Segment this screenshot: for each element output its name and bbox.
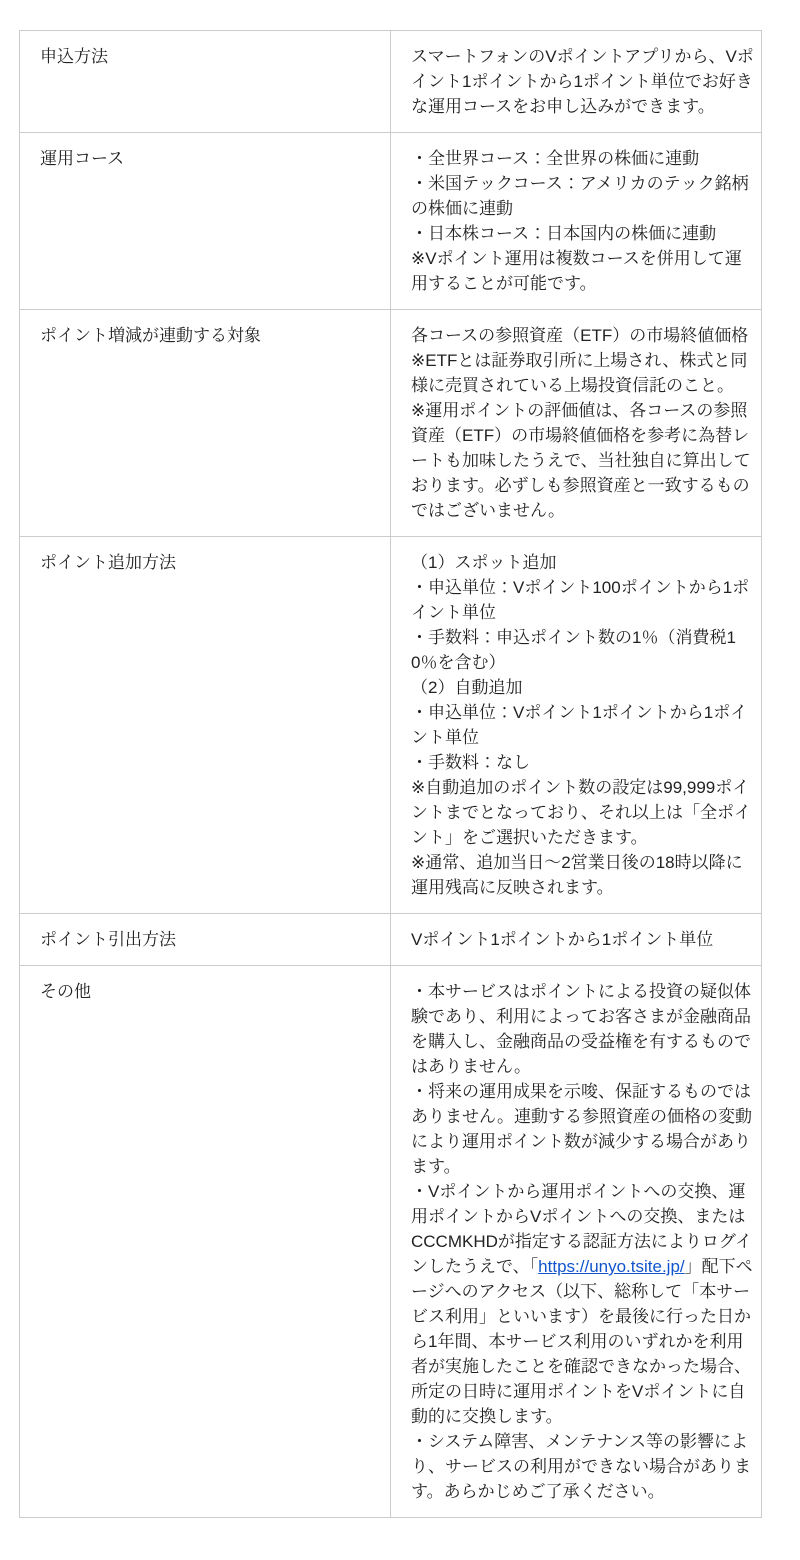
text-segment: ※運用ポイントの評価値は、各コースの参照資産（ETF）の市場終値価格を参考に為替…	[411, 401, 751, 520]
row-content: 各コースの参照資産（ETF）の市場終値価格※ETFとは証券取引所に上場され、株式…	[391, 310, 762, 537]
content-paragraph: ・手数料：申込ポイント数の1％（消費税10％を含む）	[411, 625, 755, 675]
text-segment: Vポイント1ポイントから1ポイント単位	[411, 930, 713, 949]
content-paragraph: スマートフォンのVポイントアプリから、Vポイント1ポイントから1ポイント単位でお…	[411, 44, 755, 119]
row-content: ・本サービスはポイントによる投資の疑似体験であり、利用によってお客さまが金融商品…	[391, 966, 762, 1518]
content-paragraph: ・申込単位：Vポイント1ポイントから1ポイント単位	[411, 700, 755, 750]
table-row: その他・本サービスはポイントによる投資の疑似体験であり、利用によってお客さまが金…	[20, 966, 762, 1518]
row-content: スマートフォンのVポイントアプリから、Vポイント1ポイントから1ポイント単位でお…	[391, 31, 762, 133]
text-segment: ・全世界コース：全世界の株価に連動	[411, 149, 699, 168]
content-paragraph: ※ETFとは証券取引所に上場され、株式と同様に売買されている上場投資信託のこと。	[411, 348, 755, 398]
row-label: ポイント増減が連動する対象	[20, 310, 391, 537]
content-paragraph: ・手数料：なし	[411, 750, 755, 775]
row-label: その他	[20, 966, 391, 1518]
content-paragraph: （1）スポット追加	[411, 550, 755, 575]
content-paragraph: ・本サービスはポイントによる投資の疑似体験であり、利用によってお客さまが金融商品…	[411, 979, 755, 1079]
row-content: ・全世界コース：全世界の株価に連動・米国テックコース：アメリカのテック銘柄の株価…	[391, 133, 762, 310]
content-paragraph: ※通常、追加当日～2営業日後の18時以降に運用残高に反映されます。	[411, 850, 755, 900]
row-label: 運用コース	[20, 133, 391, 310]
text-segment: 」配下ページへのアクセス（以下、総称して「本サービス利用」といいます）を最後に行…	[411, 1257, 753, 1426]
text-segment: ・将来の運用成果を示唆、保証するものではありません。連動する参照資産の価格の変動…	[411, 1082, 752, 1176]
table-row: ポイント増減が連動する対象各コースの参照資産（ETF）の市場終値価格※ETFとは…	[20, 310, 762, 537]
text-segment: ・申込単位：Vポイント100ポイントから1ポイント単位	[411, 578, 749, 622]
content-paragraph: ・申込単位：Vポイント100ポイントから1ポイント単位	[411, 575, 755, 625]
content-paragraph: ※運用ポイントの評価値は、各コースの参照資産（ETF）の市場終値価格を参考に為替…	[411, 398, 755, 523]
table-row: ポイント引出方法Vポイント1ポイントから1ポイント単位	[20, 914, 762, 966]
content-paragraph: ・日本株コース：日本国内の株価に連動	[411, 221, 755, 246]
content-paragraph: ・将来の運用成果を示唆、保証するものではありません。連動する参照資産の価格の変動…	[411, 1079, 755, 1179]
text-segment: ・米国テックコース：アメリカのテック銘柄の株価に連動	[411, 174, 749, 218]
table-row: 運用コース・全世界コース：全世界の株価に連動・米国テックコース：アメリカのテック…	[20, 133, 762, 310]
service-terms-section: 申込方法スマートフォンのVポイントアプリから、Vポイント1ポイントから1ポイント…	[0, 0, 800, 1518]
text-segment: ・申込単位：Vポイント1ポイントから1ポイント単位	[411, 703, 747, 747]
text-segment: ※ETFとは証券取引所に上場され、株式と同様に売買されている上場投資信託のこと。	[411, 351, 747, 395]
text-segment: 各コースの参照資産（ETF）の市場終値価格	[411, 326, 748, 345]
text-segment: ・本サービスはポイントによる投資の疑似体験であり、利用によってお客さまが金融商品…	[411, 982, 751, 1076]
text-segment: （2）自動追加	[411, 678, 522, 697]
content-paragraph: ※Vポイント運用は複数コースを併用して運用することが可能です。	[411, 246, 755, 296]
text-segment: （1）スポット追加	[411, 553, 556, 572]
table-body: 申込方法スマートフォンのVポイントアプリから、Vポイント1ポイントから1ポイント…	[20, 31, 762, 1518]
content-paragraph: ※自動追加のポイント数の設定は99,999ポイントまでとなっており、それ以上は「…	[411, 775, 755, 850]
content-paragraph: ・Vポイントから運用ポイントへの交換、運用ポイントからVポイントへの交換、または…	[411, 1179, 755, 1429]
row-label: ポイント追加方法	[20, 537, 391, 914]
content-paragraph: ・米国テックコース：アメリカのテック銘柄の株価に連動	[411, 171, 755, 221]
content-paragraph: ・システム障害、メンテナンス等の影響により、サービスの利用ができない場合がありま…	[411, 1429, 755, 1504]
row-content: Vポイント1ポイントから1ポイント単位	[391, 914, 762, 966]
text-segment: ※自動追加のポイント数の設定は99,999ポイントまでとなっており、それ以上は「…	[411, 778, 751, 847]
table-row: ポイント追加方法（1）スポット追加・申込単位：Vポイント100ポイントから1ポイ…	[20, 537, 762, 914]
content-paragraph: Vポイント1ポイントから1ポイント単位	[411, 927, 755, 952]
content-paragraph: ・全世界コース：全世界の株価に連動	[411, 146, 755, 171]
table-row: 申込方法スマートフォンのVポイントアプリから、Vポイント1ポイントから1ポイント…	[20, 31, 762, 133]
service-terms-table: 申込方法スマートフォンのVポイントアプリから、Vポイント1ポイントから1ポイント…	[19, 30, 762, 1518]
text-segment: ・手数料：申込ポイント数の1％（消費税10％を含む）	[411, 628, 736, 672]
text-segment: スマートフォンのVポイントアプリから、Vポイント1ポイントから1ポイント単位でお…	[411, 47, 754, 116]
text-segment: ※通常、追加当日～2営業日後の18時以降に運用残高に反映されます。	[411, 853, 743, 897]
content-paragraph: 各コースの参照資産（ETF）の市場終値価格	[411, 323, 755, 348]
content-paragraph: （2）自動追加	[411, 675, 755, 700]
row-label: ポイント引出方法	[20, 914, 391, 966]
row-content: （1）スポット追加・申込単位：Vポイント100ポイントから1ポイント単位・手数料…	[391, 537, 762, 914]
text-segment: ※Vポイント運用は複数コースを併用して運用することが可能です。	[411, 249, 742, 293]
text-segment: ・日本株コース：日本国内の株価に連動	[411, 224, 716, 243]
row-label: 申込方法	[20, 31, 391, 133]
text-segment: ・システム障害、メンテナンス等の影響により、サービスの利用ができない場合がありま…	[411, 1432, 751, 1501]
text-segment: ・手数料：なし	[411, 753, 530, 772]
unyo-site-link[interactable]: https://unyo.tsite.jp/	[538, 1257, 684, 1276]
